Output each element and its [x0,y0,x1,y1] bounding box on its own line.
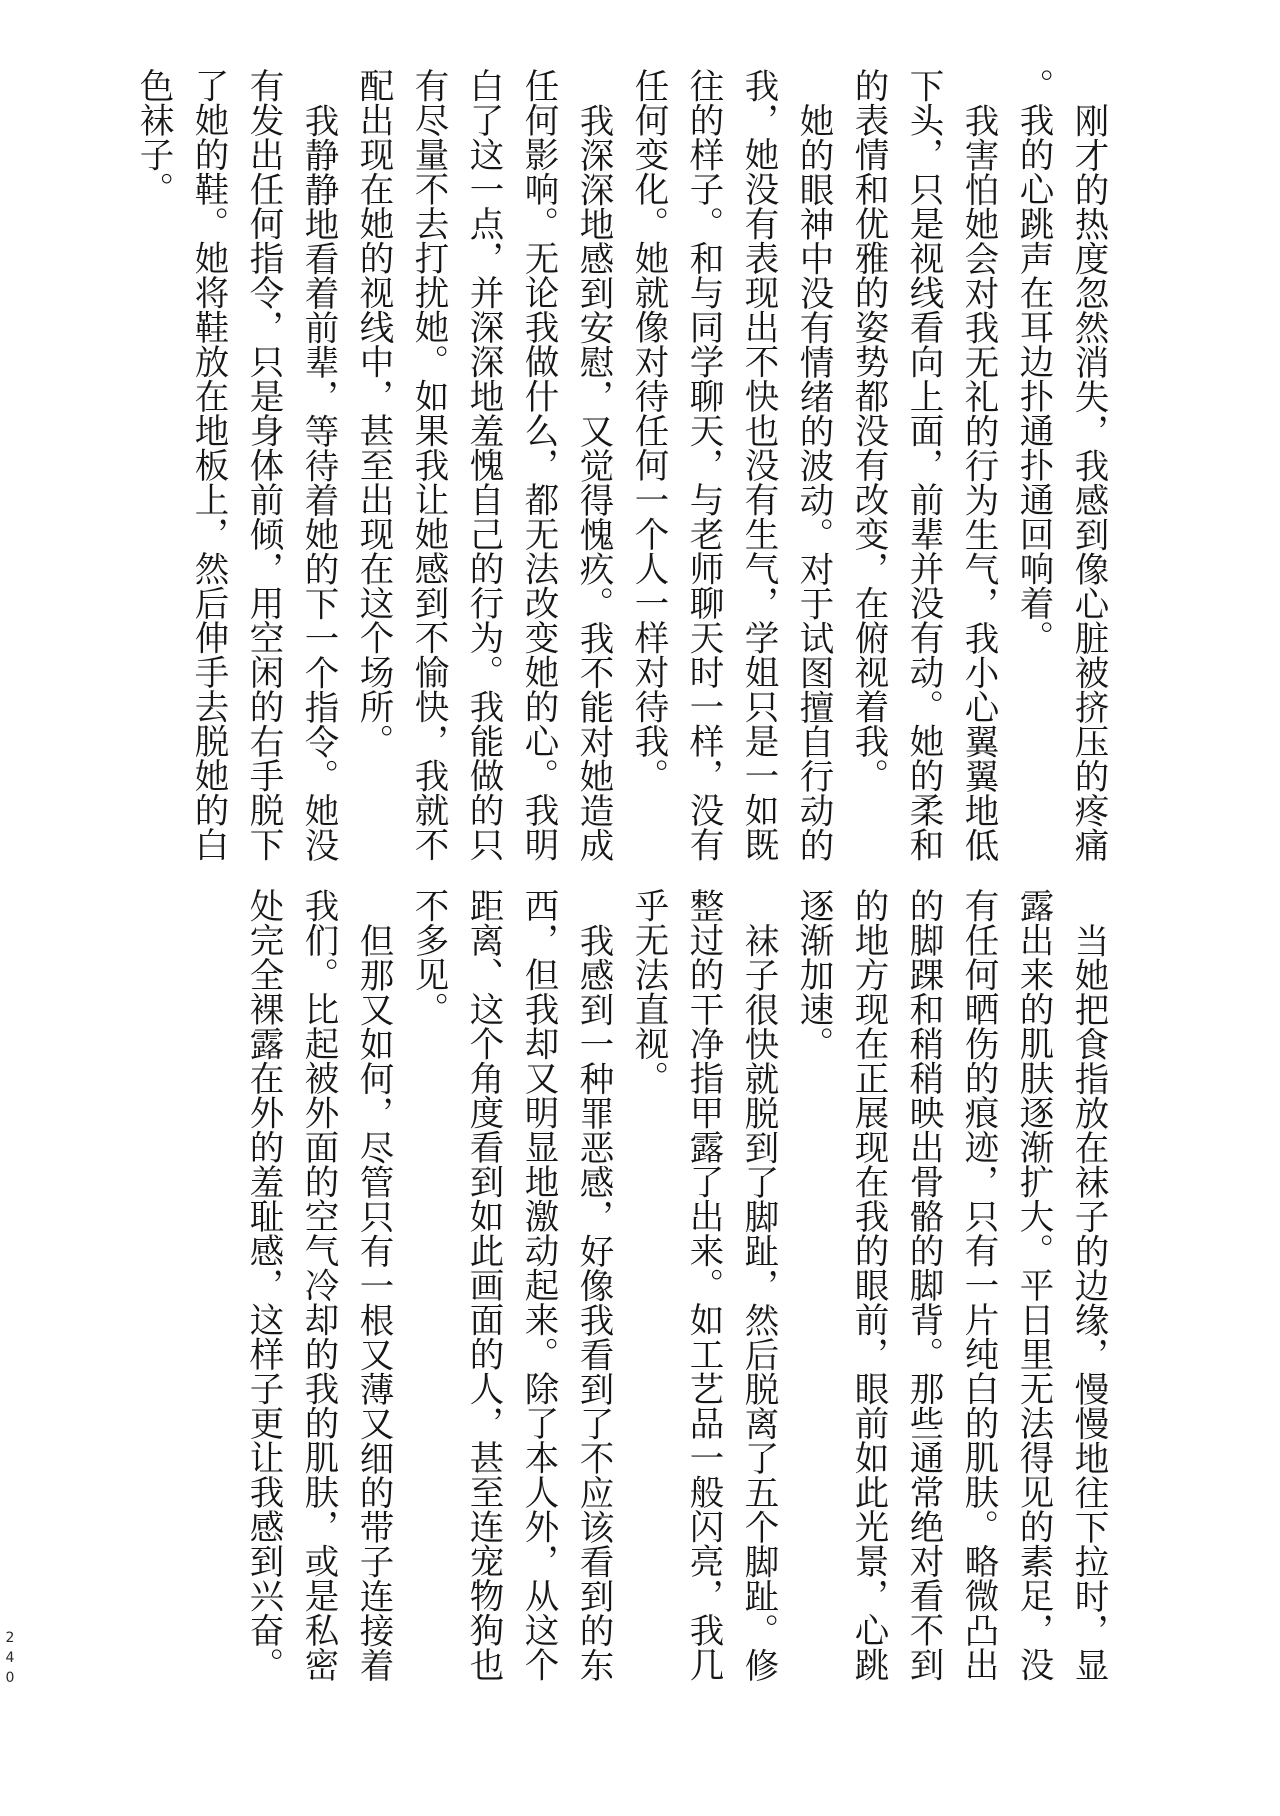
text-column: 的地方现在正展现在我的眼前，眼前如此光景，心跳 [840,888,895,1703]
text-column: 任何变化。她就像对待任何一个人一样对待我。 [620,68,675,870]
text-column: 我害怕她会对我无礼的行为生气，我小心翼翼地低 [950,68,1005,870]
text-column: 往的样子。和与同学聊天，与老师聊天时一样，没有 [675,68,730,870]
text-column: 我们。比起被外面的空气冷却的我的肌肤，或是私密 [290,888,345,1703]
text-column: 她的眼神中没有情绪的波动。对于试图擅自行动的 [785,68,840,870]
text-column: 白了这一点，并深深地羞愧自己的行为。我能做的只 [455,68,510,870]
text-column: 袜子很快就脱到了脚趾，然后脱离了五个脚趾。修 [730,888,785,1703]
text-column: 西，但我却又明显地激动起来。除了本人外，从这个 [510,888,565,1703]
text-column: 有发出任何指令，只是身体前倾，用空闲的右手脱下 [235,68,290,870]
text-column: 露出来的肌肤逐渐扩大。平日里无法得见的素足，没 [1005,888,1060,1703]
text-column: 下头，只是视线看向上面，前辈并没有动。她的柔和 [895,68,950,870]
text-block-top: 刚才的热度忽然消失，我感到像心脏被挤压的疼痛 。我的心跳声在耳边扑通扑通回响着。… [125,68,1115,870]
text-column: 我深深地感到安慰，又觉得愧疚。我不能对她造成 [565,68,620,870]
text-column: 距离、这个角度看到如此画面的人，甚至连宠物狗也 [455,888,510,1703]
text-column: 我，她没有表现出不快也没有生气，学姐只是一如既 [730,68,785,870]
text-column: 整过的干净指甲露了出来。如工艺品一般闪亮，我几 [675,888,730,1703]
text-column: 。我的心跳声在耳边扑通扑通回响着。 [1005,68,1060,870]
text-column: 不多见。 [400,888,455,1703]
text-column: 但那又如何，尽管只有一根又薄又细的带子连接着 [345,888,400,1703]
text-column: 乎无法直视。 [620,888,675,1703]
text-column: 的脚踝和稍稍映出骨骼的脚背。那些通常绝对看不到 [895,888,950,1703]
book-page: 刚才的热度忽然消失，我感到像心脏被挤压的疼痛 。我的心跳声在耳边扑通扑通回响着。… [0,0,1280,1816]
text-column: 任何影响。无论我做什么，都无法改变她的心。我明 [510,68,565,870]
text-column: 刚才的热度忽然消失，我感到像心脏被挤压的疼痛 [1060,68,1115,870]
text-column: 我静静地看着前辈，等待着她的下一个指令。她没 [290,68,345,870]
text-column: 当她把食指放在袜子的边缘，慢慢地往下拉时，显 [1060,888,1115,1703]
text-column: 配出现在她的视线中，甚至出现在这个场所。 [345,68,400,870]
text-block-bottom: 当她把食指放在袜子的边缘，慢慢地往下拉时，显 露出来的肌肤逐渐扩大。平日里无法得… [235,888,1115,1703]
text-column: 色袜子。 [125,68,180,870]
text-column: 我感到一种罪恶感，好像我看到了不应该看到的东 [565,888,620,1703]
text-column: 有尽量不去打扰她。如果我让她感到不愉快，我就不 [400,68,455,870]
text-column: 处完全裸露在外的羞耻感，这样子更让我感到兴奋。 [235,888,290,1703]
text-column: 的表情和优雅的姿势都没有改变，在俯视着我。 [840,68,895,870]
text-column: 了她的鞋。她将鞋放在地板上，然后伸手去脱她的白 [180,68,235,870]
text-column: 逐渐加速。 [785,888,840,1703]
text-column: 有任何晒伤的痕迹，只有一片纯白的肌肤。略微凸出 [950,888,1005,1703]
page-number: 240 [3,1630,17,1690]
